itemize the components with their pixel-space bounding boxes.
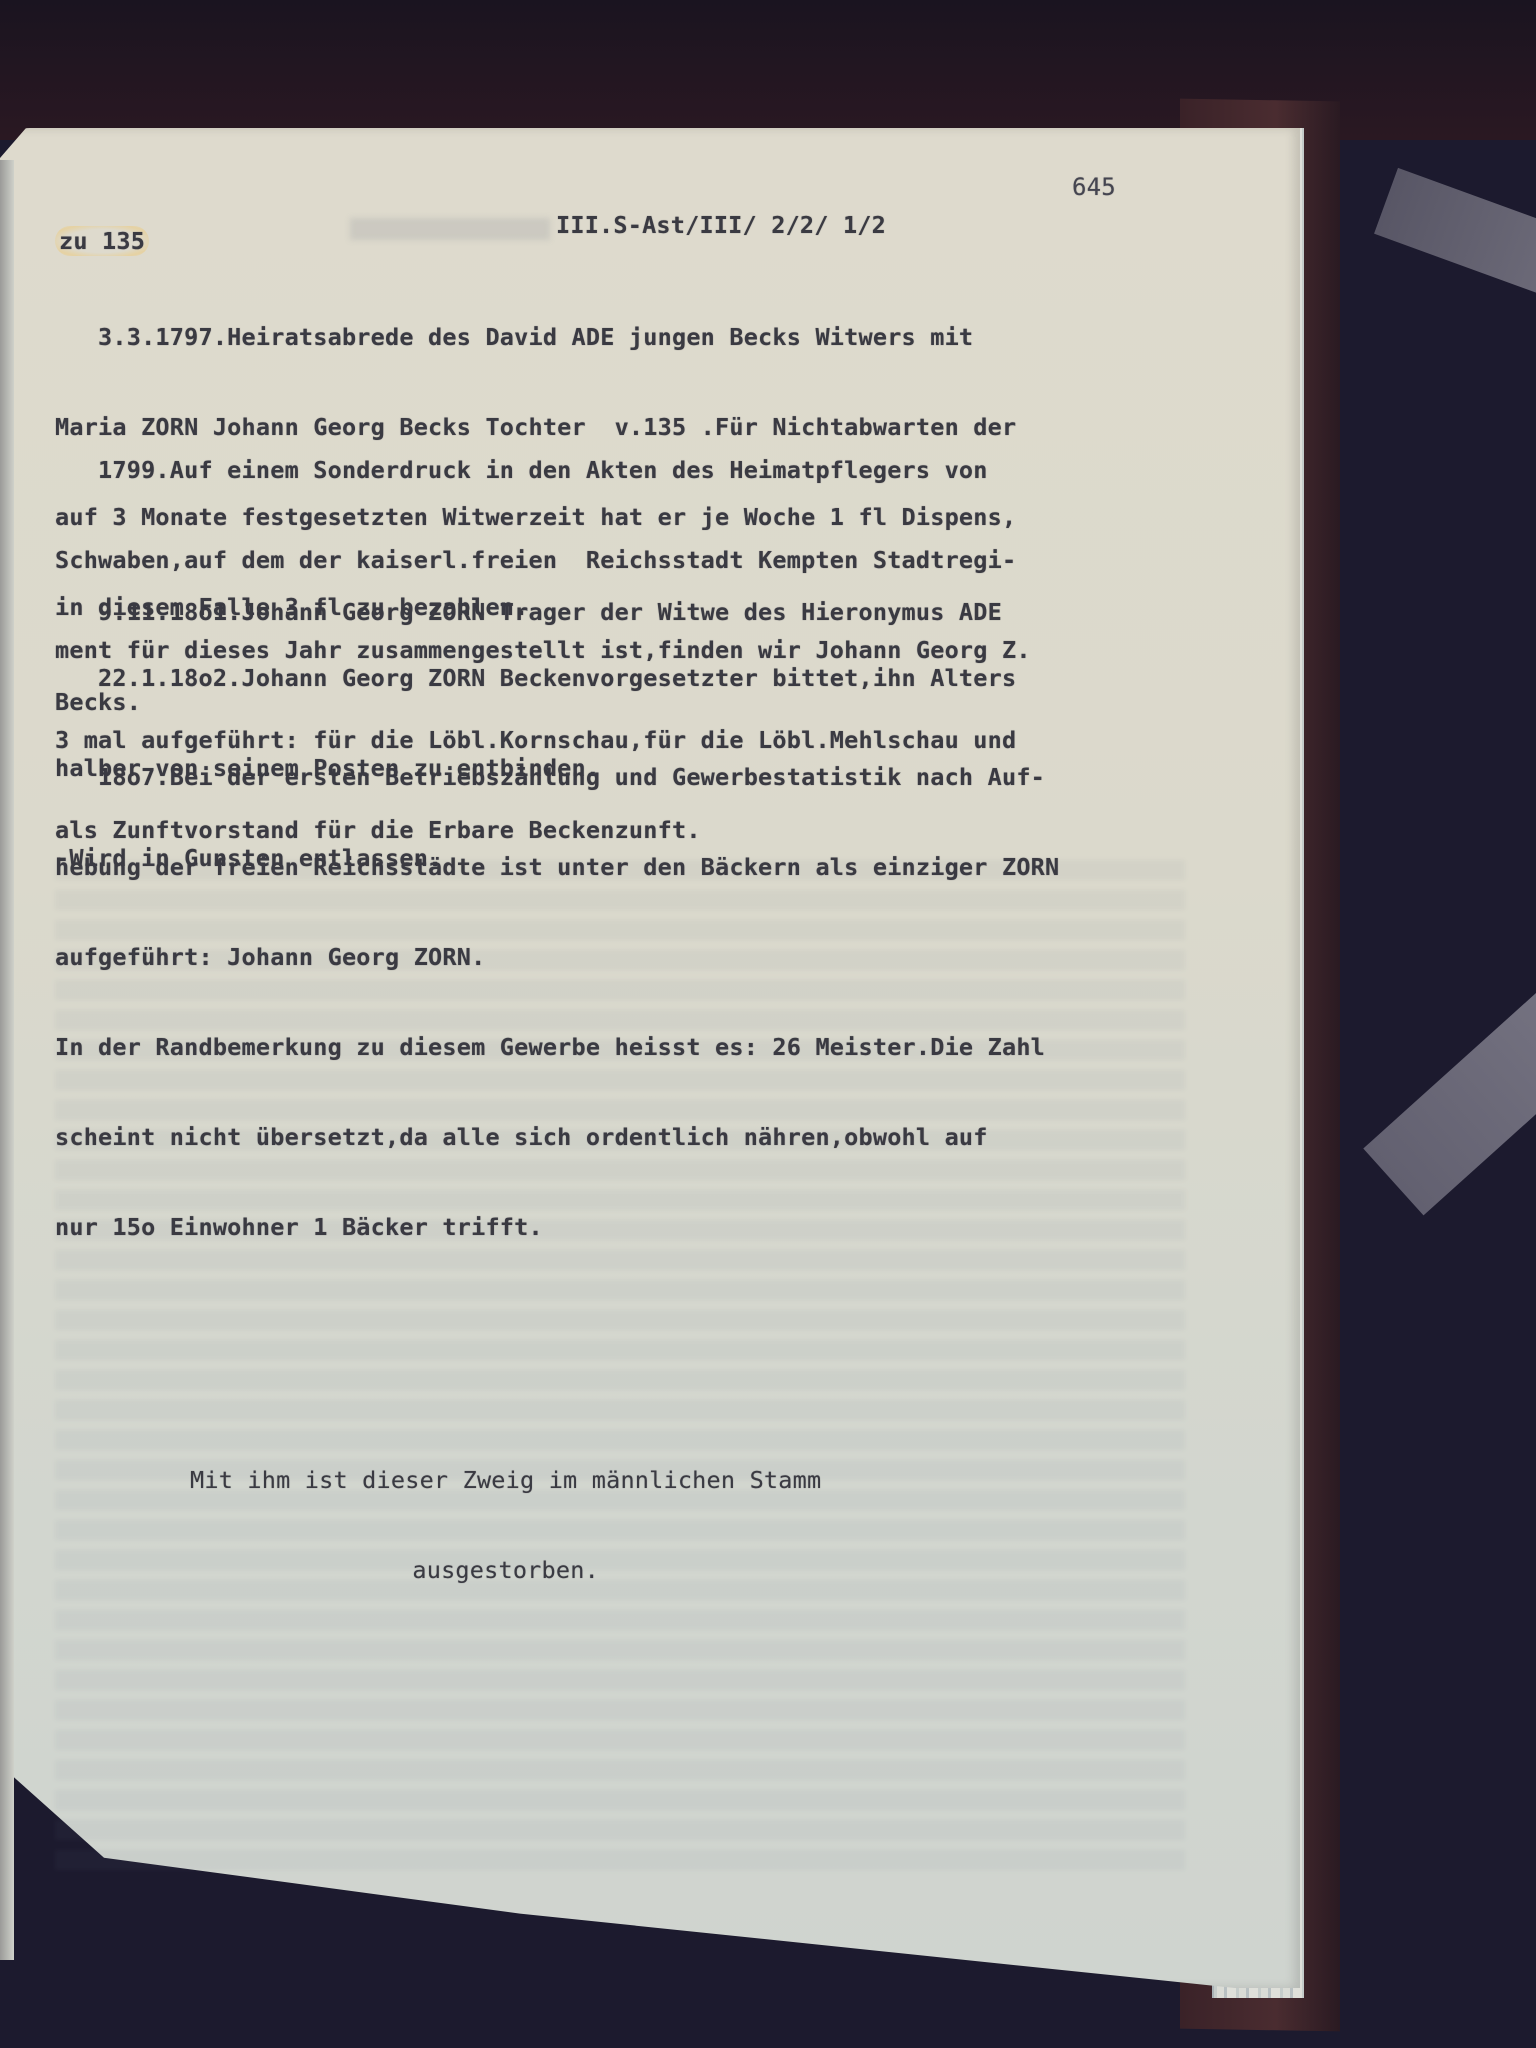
- bookmark-ribbon-lower: [1363, 975, 1536, 1216]
- entry-line: 1799.Auf einem Sonderdruck in den Akten …: [55, 455, 1031, 485]
- reference-label: zu 135: [55, 226, 149, 256]
- faint-header-mark: [350, 218, 550, 240]
- reference-label-text: zu 135: [55, 226, 149, 256]
- entry-line: 22.1.18o2.Johann Georg ZORN Beckenvorges…: [55, 663, 1016, 693]
- entry-line: hebung der freien Reichsstädte ist unter…: [55, 852, 1059, 882]
- entry-1807: 18o7.Bei der ersten Betriebszählung und …: [55, 702, 1059, 1272]
- entry-line: scheint nicht übersetzt,da alle sich ord…: [55, 1122, 1059, 1152]
- entry-line: In der Randbemerkung zu diesem Gewerbe h…: [55, 1032, 1059, 1062]
- entry-line: aufgeführt: Johann Georg ZORN.: [55, 942, 1059, 972]
- entry-line: 18o7.Bei der ersten Betriebszählung und …: [55, 762, 1059, 792]
- entry-line: nur 15o Einwohner 1 Bäcker trifft.: [55, 1212, 1059, 1242]
- closing-line-2: ausgestorben.: [190, 1555, 821, 1585]
- closing-line-1: Mit ihm ist dieser Zweig im männlichen S…: [190, 1465, 821, 1495]
- closing-note: Mit ihm ist dieser Zweig im männlichen S…: [190, 1405, 821, 1615]
- page-gutter: [0, 160, 14, 1960]
- entry-line: 3.3.1797.Heiratsabrede des David ADE jun…: [55, 322, 1016, 352]
- header-code: III.S-Ast/III/ 2/2/ 1/2: [556, 210, 886, 240]
- page-number: 645: [1072, 172, 1116, 202]
- bookmark-ribbon: [1374, 168, 1536, 302]
